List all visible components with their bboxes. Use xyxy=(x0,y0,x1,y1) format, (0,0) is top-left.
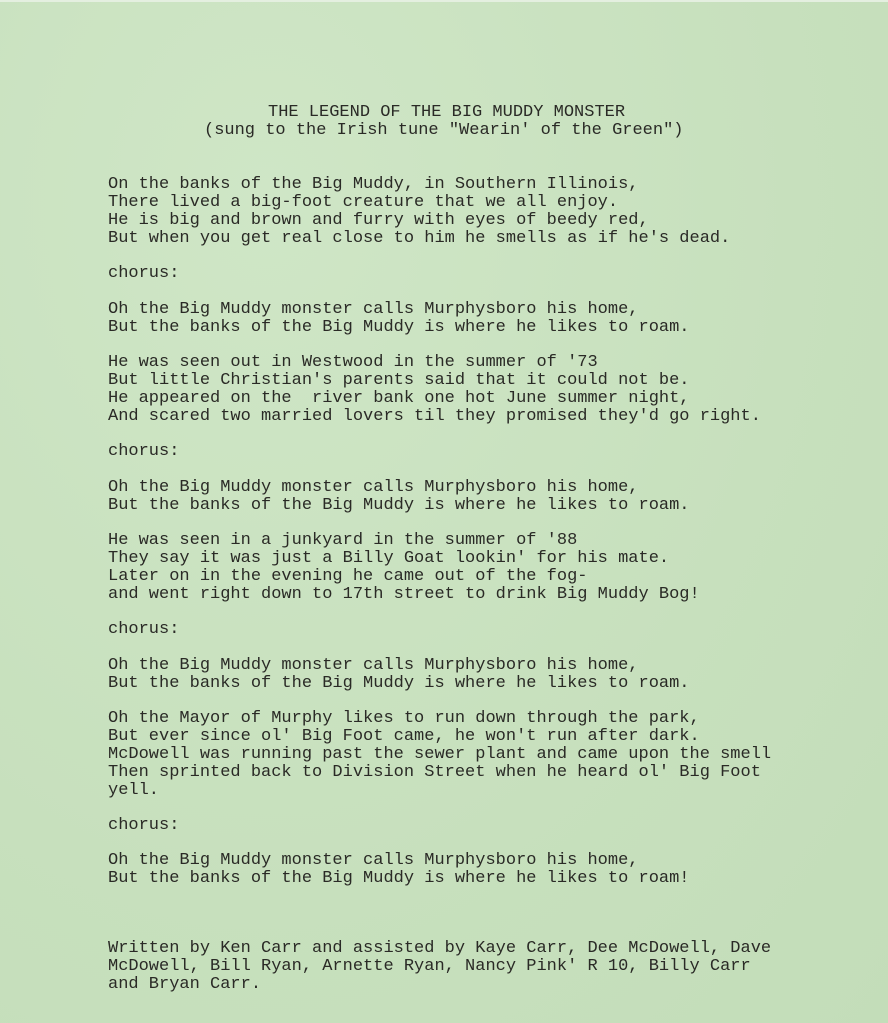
song-subtitle: (sung to the Irish tune "Wearin' of the … xyxy=(204,122,683,140)
verse-4-line-3: McDowell was running past the sewer plan… xyxy=(108,746,771,764)
credits-line-2: McDowell, Bill Ryan, Arnette Ryan, Nancy… xyxy=(108,958,751,976)
verse-1-line-4: But when you get real close to him he sm… xyxy=(108,230,730,248)
chorus-label-3: chorus: xyxy=(108,621,179,639)
verse-1-line-2: There lived a big-foot creature that we … xyxy=(108,194,618,212)
credits-line-1: Written by Ken Carr and assisted by Kaye… xyxy=(108,940,771,958)
chorus-4-line-2: But the banks of the Big Muddy is where … xyxy=(108,870,690,888)
chorus-label-2: chorus: xyxy=(108,443,179,461)
chorus-label-4: chorus: xyxy=(108,817,179,835)
verse-1-line-3: He is big and brown and furry with eyes … xyxy=(108,212,649,230)
credits-line-3: and Bryan Carr. xyxy=(108,976,261,994)
verse-4-line-4: Then sprinted back to Division Street wh… xyxy=(108,764,761,782)
verse-2-line-4: And scared two married lovers til they p… xyxy=(108,408,761,426)
verse-4-line-2: But ever since ol' Big Foot came, he won… xyxy=(108,728,700,746)
verse-3-line-3: Later on in the evening he came out of t… xyxy=(108,568,587,586)
verse-2-line-3: He appeared on the river bank one hot Ju… xyxy=(108,390,690,408)
verse-3-line-1: He was seen in a junkyard in the summer … xyxy=(108,532,577,550)
chorus-4-line-1: Oh the Big Muddy monster calls Murphysbo… xyxy=(108,852,639,870)
verse-2-line-2: But little Christian's parents said that… xyxy=(108,372,690,390)
verse-3-line-2: They say it was just a Billy Goat lookin… xyxy=(108,550,669,568)
chorus-2-line-1: Oh the Big Muddy monster calls Murphysbo… xyxy=(108,479,639,497)
chorus-2-line-2: But the banks of the Big Muddy is where … xyxy=(108,497,690,515)
verse-3-line-4: and went right down to 17th street to dr… xyxy=(108,586,700,604)
verse-2-line-1: He was seen out in Westwood in the summe… xyxy=(108,354,598,372)
document-page: THE LEGEND OF THE BIG MUDDY MONSTER (sun… xyxy=(0,0,888,1023)
song-title: THE LEGEND OF THE BIG MUDDY MONSTER xyxy=(268,104,625,122)
chorus-3-line-2: But the banks of the Big Muddy is where … xyxy=(108,675,690,693)
verse-4-line-5: yell. xyxy=(108,782,159,800)
verse-1-line-1: On the banks of the Big Muddy, in Southe… xyxy=(108,176,639,194)
chorus-1-line-1: Oh the Big Muddy monster calls Murphysbo… xyxy=(108,301,639,319)
verse-4-line-1: Oh the Mayor of Murphy likes to run down… xyxy=(108,710,700,728)
chorus-1-line-2: But the banks of the Big Muddy is where … xyxy=(108,319,690,337)
chorus-3-line-1: Oh the Big Muddy monster calls Murphysbo… xyxy=(108,657,639,675)
page-top-edge xyxy=(0,0,888,2)
chorus-label-1: chorus: xyxy=(108,265,179,283)
